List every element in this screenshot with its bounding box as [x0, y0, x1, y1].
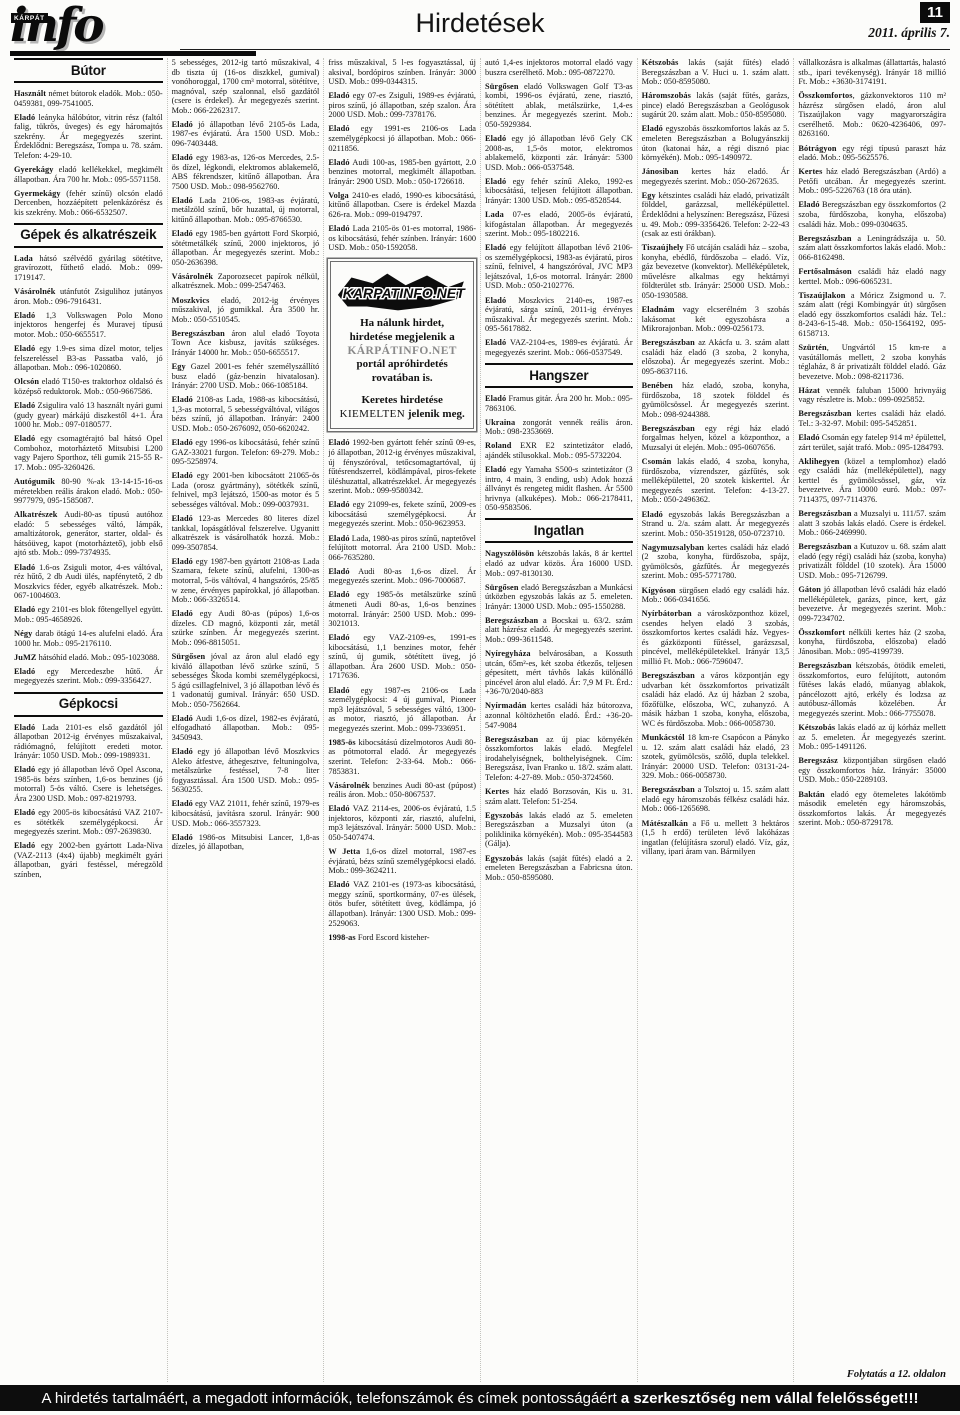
- logo-badge: KÁRPÁT: [11, 13, 48, 23]
- ad-lead-word: Gyermekágy: [14, 189, 61, 198]
- ad-lead-word: Szürtén: [798, 343, 826, 352]
- ad-body-text: Lada 2105-ös 01-es motorral, 1986-os kib…: [328, 224, 476, 252]
- ad-column-5: Kétszobás lakás (saját fűtés) eladó Bere…: [637, 58, 794, 1382]
- ad-lead-word: Roland: [485, 441, 511, 450]
- classified-ad: Kertes ház eladó Beregszászban (Ardó) a …: [798, 167, 946, 196]
- promo-emphasis-highlight: KIEMELTEN: [340, 408, 406, 420]
- classified-ad: friss műszakival, 5 l-es fogyasztással, …: [328, 58, 476, 87]
- classifieds-columns: BútorHasznált német bútorok eladók. Mob.…: [10, 58, 950, 1382]
- classified-ad: 5 sebességes, 2012-ig tartó műszakival, …: [172, 58, 320, 115]
- ad-lead-word: Eladó: [328, 590, 349, 599]
- ad-lead-word: Beregszászban: [798, 234, 851, 243]
- classified-ad: Kertes ház eladó Borzsován, Kis u. 31. s…: [485, 787, 633, 806]
- classified-ad: Eladó VAZ 2114-es, 2006-os évjáratú, 1.5…: [328, 804, 476, 842]
- ad-body-text: jó állapotban lévő családi ház eladó mel…: [798, 585, 946, 623]
- classified-ad: Beregszászban a Bocskai u. 63/2. szám al…: [485, 616, 633, 645]
- ad-body-text: 2108-as Lada, 1988-as kibocsátású, 1,3-a…: [172, 395, 320, 433]
- ad-body-text: egy 1985-ös metálszürke színű átmeneti A…: [328, 590, 476, 628]
- ad-lead-word: Eladó: [642, 124, 663, 133]
- ad-body-text: Lada 2106-os, 1983-as évjáratú, metálzöl…: [172, 196, 320, 224]
- classified-ad: Eladó egy 2002-ben gyártott Lada-Niva (V…: [14, 841, 163, 879]
- ad-lead-word: Beregszászban: [642, 785, 695, 794]
- ad-body-text: egy 1996-os kibocsátású, fehér színű GAZ…: [172, 438, 320, 466]
- ad-body-text: 07-es eladó, 2005-ös évjáratú, kifogásta…: [485, 210, 633, 238]
- classified-ad: Nagyszölösön kétszobás lakás, 8 ár kertt…: [485, 549, 633, 578]
- classified-ad: Eladó egy 2001-ben kibocsátott 21065-ös …: [172, 471, 320, 509]
- ad-body-text: egy felújított állapotban lévő 2106-os s…: [485, 243, 633, 290]
- classified-ad: Eladó egy Audi 80-as (púpos) 1,6-os díze…: [172, 609, 320, 647]
- ad-body-text: egy 1.9-es sima dízel motor, teljes fels…: [14, 344, 163, 372]
- ad-body-text: egyszobás lakás Beregszászban a Strand u…: [642, 510, 790, 538]
- classified-ad: Fertősalmáson családi ház eladó nagy ker…: [798, 267, 946, 286]
- page-title: Hirdetések: [10, 8, 950, 39]
- ad-body-text: jó állapotban lévő 2105-ös Lada, 1987-es…: [172, 120, 320, 148]
- ad-lead-word: W Jetta: [328, 847, 360, 856]
- classified-ad: Beregszászban az új piac környékén összk…: [485, 735, 633, 783]
- classified-ad: Alkatrészek Audi-80-as típusú autóhoz el…: [14, 510, 163, 558]
- ad-lead-word: 1985-ös: [328, 738, 355, 747]
- classified-ad: Mátészalkán a Fő u. mellett 3 hektáros (…: [642, 819, 790, 857]
- ad-lead-word: Eladó: [172, 120, 193, 129]
- classified-ad: Eladó 123-as Mercedes 80 literes dízel t…: [172, 514, 320, 552]
- ad-column-4: autó 1,4-es injektoros motorral eladó va…: [480, 58, 637, 1382]
- classified-ad: Nyírbátorban a városközponthoz közel, cs…: [642, 609, 790, 666]
- ad-lead-word: Eladó: [14, 723, 35, 732]
- classified-ad: 1998-as Ford Escord kisteher-: [328, 933, 476, 943]
- ad-body-text: Audi 80-as 1,6-os dízel. Ár megegyezés s…: [328, 567, 476, 586]
- classified-ad: Eladó Audi 80-as 1,6-os dízel. Ár megegy…: [328, 567, 476, 586]
- classified-ad: Benében ház eladó, szoba, konyha, fürdős…: [642, 381, 790, 419]
- ad-body-text: egy 2101-es blok főtengellyel együtt. Mo…: [14, 605, 163, 624]
- ad-body-text: egy 21099-es, fekete színű, 2009-es kibo…: [328, 500, 476, 528]
- classified-ad: Eladó egy felújított állapotban lévő 210…: [485, 243, 633, 291]
- promo-text-line: hirdetése megjelenik a: [334, 331, 470, 345]
- ad-lead-word: Eladó: [328, 500, 349, 509]
- classified-ad: Baktán eladó egy ötemeletes lakótömb más…: [798, 790, 946, 828]
- ad-body-text: egy 1983-as, 126-os Mercedes, 2.5-ös díz…: [172, 153, 320, 191]
- ad-body-text: egy jó állapotban lévő Moszkvics Aleko á…: [172, 747, 320, 794]
- classified-ad: Beregszászban egy régi ház eladó forgalm…: [642, 424, 790, 453]
- ad-lead-word: Egy: [642, 191, 656, 200]
- ad-body-text: egy 2001-ben kibocsátott 21065-ös Lada (…: [172, 471, 320, 509]
- ad-lead-word: Sürgősen: [485, 82, 519, 91]
- promo-text-line: portál apróhirdetés: [334, 358, 470, 372]
- ad-body-text: VAZ 2101-es (1973-as kibocsátású, meggy …: [328, 880, 476, 927]
- ad-lead-word: Eladó: [328, 567, 349, 576]
- classified-ad: Gáton jó állapotban lévő családi ház ela…: [798, 585, 946, 623]
- ad-body-text: egy 1987-es 2106-os Lada személygépkocsi…: [328, 686, 476, 733]
- classified-ad: Nyíregyháza belvárosában, a Kossuth utcá…: [485, 649, 633, 697]
- ad-lead-word: Eladó: [14, 113, 35, 122]
- classified-ad: Eladó egy 1991-es 2106-os Lada személygé…: [328, 124, 476, 153]
- ad-lead-word: Lada: [14, 254, 33, 263]
- ad-lead-word: Eladó: [14, 808, 35, 817]
- classified-ad: Négy darab ötágú 14-es alufelni eladó. Á…: [14, 629, 163, 648]
- classified-ad: Jánosiban kertes ház eladó. Ár megegyezé…: [642, 167, 790, 186]
- ad-lead-word: Benében: [642, 381, 673, 390]
- classified-ad: Eladó egy 2005-ös kibocsátású VAZ 2107-e…: [14, 808, 163, 837]
- disclaimer-text-bold: a szerkesztőség nem vállal felelősséget!…: [621, 1390, 919, 1407]
- classified-ad: Beregszászban az Akácfa u. 3. szám alatt…: [642, 338, 790, 376]
- classified-ad: Eladó egy 1996-os kibocsátású, fehér szí…: [172, 438, 320, 467]
- karpatinfo-logo-text: KARPATINFO.NET: [343, 285, 466, 301]
- ad-body-text: Audi 100-as, 1985-ben gyártott, 2.0 benz…: [328, 158, 476, 186]
- ad-lead-word: Eladó: [328, 158, 349, 167]
- ad-lead-word: Egyszobás: [485, 854, 523, 863]
- ad-body-text: egy Audi 80-as (púpos) 1,6-os dízeles. C…: [172, 609, 320, 647]
- ad-body-text: egy 1987-ben gyártott 2108-as Lada Szama…: [172, 557, 320, 604]
- ad-body-text: Lada 2101-es első gazdától jól állapotba…: [14, 723, 163, 761]
- ad-body-text: 2410-es eladó, 1990-es kibocsátású, kitű…: [328, 191, 476, 219]
- ad-lead-word: Eladó: [172, 609, 193, 618]
- classified-ad: Szürtén, Ungvártól 15 km-re a vasútállom…: [798, 343, 946, 381]
- classified-ad: Eladó Lada, 1980-as piros színű, naptető…: [328, 534, 476, 563]
- ad-body-text: hátsó szélvédő gyárilag sötétítve, graví…: [14, 254, 163, 282]
- ad-lead-word: Eladó: [14, 401, 35, 410]
- disclaimer-text: A hirdetés tartalmáért, a megadott infor…: [42, 1390, 617, 1407]
- ad-lead-word: Nagymuzsalyban: [642, 543, 704, 552]
- promo-emphasis-line: Keretes hirdetése KIEMELTEN jelenik meg.: [334, 394, 470, 421]
- ad-lead-word: Nyírmadán: [485, 701, 526, 710]
- classified-ad: Beregszászban a Leningrádszája u. 50. sz…: [798, 234, 946, 263]
- ad-lead-word: Alkatrészek: [14, 510, 58, 519]
- ad-lead-word: Beregszászban: [172, 329, 225, 338]
- ad-lead-word: Eladó: [172, 395, 193, 404]
- classified-ad: Használt német bútorok eladók. Mob.: 050…: [14, 89, 163, 108]
- classified-ad: Egy kétszintes családi ház eladó, privat…: [642, 191, 790, 239]
- ad-lead-word: Kertes: [798, 167, 822, 176]
- ad-lead-word: Eladó: [328, 880, 349, 889]
- classified-ad: Eladó Lada 2101-es első gazdától jól áll…: [14, 723, 163, 761]
- ad-lead-word: Eladó: [485, 394, 506, 403]
- ad-lead-word: Eladó: [485, 338, 506, 347]
- classified-ad: Nagymuzsalyban kertes családi ház eladó …: [642, 543, 790, 581]
- ad-lead-word: Sürgősen: [172, 652, 206, 661]
- classified-ad: Beregszász központjában sürgősen eladó e…: [798, 756, 946, 785]
- classified-ad: Eladó egy 1985-ös metálszürke színű átme…: [328, 590, 476, 628]
- classified-ad: Egyszobás lakás (saját fűtés) eladó a 2.…: [485, 854, 633, 883]
- ad-lead-word: Eladó: [485, 296, 506, 305]
- ad-lead-word: Vásárolnék: [14, 287, 55, 296]
- ad-lead-word: Eladó: [328, 91, 349, 100]
- classified-ad: Háromszobás lakás (saját fűtés, garázs, …: [642, 91, 790, 120]
- ad-body-text: Framus gitár. Ára 200 hr. Mob.: 095-7863…: [485, 394, 633, 413]
- classified-ad: Volga 2410-es eladó, 1990-es kibocsátású…: [328, 191, 476, 220]
- classified-ad: Tiszaújlakon a Móricz Zsigmond u. 7. szá…: [798, 291, 946, 339]
- classified-ad: Aklihegyen (közel a templomhoz) eladó eg…: [798, 457, 946, 505]
- issue-date: 2011. április 7.: [868, 25, 950, 41]
- ad-lead-word: Gyerekágy: [14, 165, 53, 174]
- ad-lead-word: Autógumik: [14, 477, 55, 486]
- classified-ad: Eladó Audi 1,6-os dízel, 1982-es évjárat…: [172, 714, 320, 743]
- classified-ad: Eladó Moszkvics 2140-es, 1987-es évjárat…: [485, 296, 633, 334]
- ad-lead-word: Beregszászban: [798, 542, 851, 551]
- ad-lead-word: Eladó: [172, 799, 193, 808]
- ad-body-text: Moszkvics 2140-es, 1987-es évjáratú, sár…: [485, 296, 633, 334]
- ad-body-text: VAZ 2114-es, 2006-os évjáratú, 1.5 injek…: [328, 804, 476, 842]
- ad-body-text: leányka hálóbútor, vitrin rész (faltól f…: [14, 113, 163, 160]
- classified-ad: Eladó egy 1985-ben gyártott Ford Skorpió…: [172, 229, 320, 267]
- ad-lead-word: Beregszász: [798, 756, 838, 765]
- classified-ad: Sürgősen eladó Volkswagen Golf T3-as kom…: [485, 82, 633, 130]
- ad-lead-word: Eladó: [328, 124, 349, 133]
- classified-ad: W Jetta 1,6-os dízel motorral, 1987-es é…: [328, 847, 476, 876]
- ad-body-text: VAZ-2104-es, 1989-es évjáratú. Ár megegy…: [485, 338, 633, 357]
- ad-lead-word: Eladó: [14, 344, 35, 353]
- ad-lead-word: Összkomfortos: [798, 91, 852, 100]
- ad-lead-word: JuMZ: [14, 653, 37, 662]
- ad-lead-word: Négy: [14, 629, 32, 638]
- classified-ad: Eladó egy 1987-ben gyártott 2108-as Lada…: [172, 557, 320, 605]
- ad-body-text: egy csomagtérajtó bal hátsó Opel Comboho…: [14, 434, 163, 472]
- ad-lead-word: Eladó: [14, 311, 35, 320]
- ad-lead-word: Baktán: [798, 790, 824, 799]
- ad-body-text: egy Yamaha S500-s szintetizátor (3 intro…: [485, 465, 633, 512]
- ad-lead-word: Eladó: [798, 200, 819, 209]
- classified-ad: Eladó egy VAZ-2109-es, 1991-es kibocsátá…: [328, 633, 476, 681]
- ad-lead-word: Nyírbátorban: [642, 609, 692, 618]
- ad-body-text: egy jó állapotban lévő Gely CK 2008-as, …: [485, 134, 633, 172]
- ad-lead-word: Tiszaújlakon: [798, 291, 845, 300]
- ad-lead-word: Eladó: [14, 667, 35, 676]
- header-rule: [180, 49, 950, 50]
- classified-ad: Eladó egy 1987-es 2106-os Lada személygé…: [328, 686, 476, 734]
- ad-body-text: egy Mercedeszbe hűtő. Ár megegyezés szer…: [14, 667, 163, 686]
- classified-ad: Kétszobás lakás (saját fűtés) eladó Bere…: [642, 58, 790, 87]
- ad-lead-word: Eladó: [485, 177, 506, 186]
- classified-ad: Eladó Beregszászban egy összkomfortos (2…: [798, 200, 946, 229]
- classified-ad: Eladó egy Mercedeszbe hűtő. Ár megegyezé…: [14, 667, 163, 686]
- classified-ad: Lada 07-es eladó, 2005-ös évjáratú, kifo…: [485, 210, 633, 239]
- ad-lead-word: Eladó: [14, 605, 35, 614]
- section-header: Hangszer: [485, 363, 633, 388]
- classified-ad: Eladó egy jó állapotban lévő Moszkvics A…: [172, 747, 320, 795]
- classified-ad: Beregszászban a város központján egy udv…: [642, 671, 790, 728]
- classified-ad: Vásárolnék Zaporozsecet papírok nélkül, …: [172, 272, 320, 291]
- ad-lead-word: Eladó: [172, 514, 193, 523]
- ad-lead-word: Eladó: [642, 510, 663, 519]
- classified-ad: Gyerekágy eladó kellékekkel, megkimélt á…: [14, 165, 163, 184]
- ad-column-3: friss műszakival, 5 l-es fogyasztással, …: [323, 58, 480, 1382]
- classified-ad: Eladnám vagy elcserélném 3 szobás lakáso…: [642, 305, 790, 334]
- ad-lead-word: Eladó: [172, 153, 193, 162]
- ad-lead-word: Volga: [328, 191, 348, 200]
- classified-ad: Eladó VAZ 2101-es (1973-as kibocsátású, …: [328, 880, 476, 928]
- ad-lead-word: Beregszászban: [485, 735, 538, 744]
- classified-ad: Eladó egy 1.9-es sima dízel motor, telje…: [14, 344, 163, 373]
- continuation-note: Folytatás a 12. oldalon: [798, 1363, 946, 1382]
- ad-lead-word: Vásárolnék: [328, 781, 369, 790]
- karpatinfo-logo-icon: KARPATINFO.NET: [334, 267, 470, 317]
- classified-ad: Lada hátsó szélvédő gyárilag sötétítve, …: [14, 254, 163, 283]
- section-header: Ingatlan: [485, 518, 633, 543]
- ad-lead-word: Eladó: [14, 765, 35, 774]
- ad-body-text: egy 07-es Zsiguli, 1989-es évjáratú, pir…: [328, 91, 476, 119]
- ad-lead-word: Olcsón: [14, 377, 39, 386]
- classified-ad: Ukraina zongorát vennék reális áron. Mob…: [485, 418, 633, 437]
- ad-body-text: Lada, 1980-as piros színű, naptetővel fe…: [328, 534, 476, 562]
- ad-lead-word: Eladó: [172, 471, 193, 480]
- classified-ad: Eladó Csomán egy fatelep 914 m² épülette…: [798, 433, 946, 452]
- classified-ad: Eladó egy csomagtérajtó bal hátsó Opel C…: [14, 434, 163, 472]
- classified-ad: Eladó egy 1983-as, 126-os Mercedes, 2.5-…: [172, 153, 320, 191]
- ad-lead-word: Kígyóson: [642, 586, 676, 595]
- ad-lead-word: Egyszobás: [485, 811, 523, 820]
- ad-lead-word: Eladó: [328, 804, 349, 813]
- classified-ad: Eladó Lada 2105-ös 01-es motorral, 1986-…: [328, 224, 476, 253]
- ad-lead-word: Eladó: [328, 438, 349, 447]
- ad-body-text: 1986-os Mitsubisi Lancer, 1,8-as dízeles…: [172, 833, 320, 852]
- ad-lead-word: Eladó: [172, 833, 193, 842]
- classified-ad: Összkomfortos, gázkonvektoros 110 m² ház…: [798, 91, 946, 139]
- ad-lead-word: Eladó: [172, 438, 193, 447]
- classified-ad: Eladó Zsigulira való 13 használt nyári g…: [14, 401, 163, 430]
- classified-ad: Tiszaújhely Fő utcáján családi ház – szo…: [642, 243, 790, 300]
- ad-lead-word: Mátészalkán: [642, 819, 688, 828]
- classified-ad: autó 1,4-es injektoros motorral eladó va…: [485, 58, 633, 77]
- classified-ad: Autógumik 80-90 %-ak 13-14-15-16-os mére…: [14, 477, 163, 506]
- promo-text-line: rovatában is.: [334, 372, 470, 386]
- ad-lead-word: Beregszászban: [642, 424, 695, 433]
- ad-body-text: 1,3 Volkswagen Polo Mono injektoros heng…: [14, 311, 163, 339]
- ad-lead-word: Beregszászban: [798, 661, 851, 670]
- classified-ad: Eladó egy VAZ 21011, fehér színű, 1979-e…: [172, 799, 320, 828]
- ad-lead-word: Kétszobás: [798, 723, 835, 732]
- classified-ad: Kétszobás lakás eladó az új kórház melle…: [798, 723, 946, 752]
- classified-ad: Eladó egyszobás lakás Beregszászban a St…: [642, 510, 790, 539]
- classified-ad: Gyermekágy (fehér színű) olcsón eladó De…: [14, 189, 163, 218]
- ad-lead-word: Eladó: [14, 563, 35, 572]
- classified-ad: Eladó egy 2101-es blok főtengellyel együ…: [14, 605, 163, 624]
- ad-lead-word: Eladó: [485, 465, 506, 474]
- ad-lead-word: Bótrágyon: [798, 144, 836, 153]
- classified-ad: Összkomfort nélküli kertes ház (2 szoba,…: [798, 628, 946, 657]
- classified-ad: Eladó 1986-os Mitsubisi Lancer, 1,8-as d…: [172, 833, 320, 852]
- ad-body-text: darab ötágú 14-es alufelni eladó. Ára 10…: [14, 629, 163, 648]
- section-header: Gépkocsi: [14, 692, 163, 717]
- classified-ad: Eladó 1992-ben gyártott fehér színű 09-e…: [328, 438, 476, 495]
- ad-body-text: egy 2002-ben gyártott Lada-Niva (VAZ-211…: [14, 841, 163, 879]
- classified-ad: Beregszászban a Tolsztoj u. 15. szám ala…: [642, 785, 790, 814]
- ad-body-text: 5 sebességes, 2012-ig tartó műszakival, …: [172, 58, 320, 115]
- classified-ad: Beregszászban kétszobás, ötödik emeleti,…: [798, 661, 946, 718]
- logo-rule: [10, 51, 256, 56]
- ad-lead-word: Jánosiban: [642, 167, 679, 176]
- classified-ad: Egy Gazel 2001-es fehér személyszállító …: [172, 362, 320, 391]
- page-corner: 11 2011. április 7.: [868, 2, 950, 41]
- ad-lead-word: Eladó: [14, 841, 35, 850]
- ad-body-text: egy 1985-ben gyártott Ford Skorpió, söté…: [172, 229, 320, 267]
- classified-ad: Beregszászban a Kutuzov u. 68. szám alat…: [798, 542, 946, 580]
- classified-ad: Eladó Lada 2106-os, 1983-as évjáratú, me…: [172, 196, 320, 225]
- ad-lead-word: Eladó: [172, 196, 193, 205]
- classified-ad: Eladó egy fehér színű Aleko, 1992-es kib…: [485, 177, 633, 206]
- ad-body-text: Gazel 2001-es fehér személyszállító busz…: [172, 362, 320, 390]
- ad-body-text: kétszintes családi ház eladó, privatizál…: [642, 191, 790, 238]
- classified-ad: Vásárolnék benzines Audi 80-ast (púpost)…: [328, 781, 476, 800]
- classified-ad: Bótrágyon egy régi típusú paraszt ház el…: [798, 144, 946, 163]
- ad-body-text: Zsigulira való 13 használt nyári gumi (g…: [14, 401, 163, 429]
- classified-ad: Beregszászban kertes családi ház eladó. …: [798, 409, 946, 428]
- classified-ad: Csomán lakás eladó, 4 szoba, konyha, für…: [642, 457, 790, 505]
- ad-lead-word: Kertes: [485, 787, 509, 796]
- ad-body-text: 1992-ben gyártott fehér színű 09-es, jó …: [328, 438, 476, 495]
- classified-ad: Nyírmadán kertes családi ház bútorozva, …: [485, 701, 633, 730]
- classified-ad: Eladó jó állapotban lévő 2105-ös Lada, 1…: [172, 120, 320, 149]
- classified-ad: Kígyóson sürgősen eladó egy családi ház.…: [642, 586, 790, 605]
- classified-ad: Eladó 1,3 Volkswagen Polo Mono injektoro…: [14, 311, 163, 340]
- ad-body-text: Ford Escord kisteher-: [356, 933, 430, 942]
- classified-ad: Eladó Framus gitár. Ára 200 hr. Mob.: 09…: [485, 394, 633, 413]
- ad-lead-word: Egy: [172, 362, 186, 371]
- ad-body-text: friss műszakival, 5 l-es fogyasztással, …: [328, 58, 476, 86]
- ad-lead-word: Eladó: [172, 557, 193, 566]
- promo-emphasis-pre: Keretes hirdetése: [361, 394, 442, 406]
- ad-lead-word: Eladó: [172, 229, 193, 238]
- classified-ad: Sürgősen jóval az áron alul eladó egy ki…: [172, 652, 320, 709]
- ad-body-text: Audi 1,6-os dízel, 1982-es évjáratú, elf…: [172, 714, 320, 742]
- classified-ad: Munkácstól 18 km-re Csapócon a Pányko u.…: [642, 733, 790, 781]
- classified-ad: Eladó egy Yamaha S500-s szintetizátor (3…: [485, 465, 633, 513]
- classified-ad: Eladó VAZ-2104-es, 1989-es évjáratú. Ár …: [485, 338, 633, 357]
- ad-body-text: vállalkozásra is alkalmas (állattartás, …: [798, 58, 946, 86]
- ad-body-text: Csomán egy fatelep 914 m² épülettel, zár…: [798, 433, 946, 452]
- ad-body-text: egy jó állapotban lévő Opel Ascona, 1985…: [14, 765, 163, 803]
- classified-ad: Eladó 1.6-os Zsiguli motor, 4-es váltóva…: [14, 563, 163, 601]
- ad-body-text: egy VAZ 21011, fehér színű, 1979-es kibo…: [172, 799, 320, 827]
- ad-lead-word: Eladó: [172, 714, 193, 723]
- ad-body-text: 1.6-os Zsiguli motor, 4-es váltóval, réz…: [14, 563, 163, 601]
- ad-lead-word: Háromszobás: [642, 91, 691, 100]
- ad-lead-word: Beregszászban: [485, 616, 538, 625]
- disclaimer-bar: A hirdetés tartalmáért, a megadott infor…: [0, 1385, 960, 1411]
- classified-ad: Házat vennék faluban 15000 hrivnyáig vag…: [798, 386, 946, 405]
- classified-ad: Moszkvics eladó, 2012-ig érvényes műszak…: [172, 296, 320, 325]
- ad-body-text: egy 1991-es 2106-os Lada személygépkocsi…: [328, 124, 476, 152]
- classified-ad: Vásárolnék utánfutót Zsigulihoz jutányos…: [14, 287, 163, 306]
- ad-lead-word: Eladó: [798, 433, 819, 442]
- classified-ad: Eladó egyszobás összkomfortos lakás az 5…: [642, 124, 790, 162]
- classified-ad: Sürgősen eladó Beregszászban a Munkácsi …: [485, 583, 633, 612]
- classified-ad: Eladó egy jó állapotban lévő Gely CK 200…: [485, 134, 633, 172]
- classified-ad: 1985-ös kibocsátású dízelmotoros Audi 80…: [328, 738, 476, 776]
- classified-ad: Beregszászban áron alul eladó Toyota Tow…: [172, 329, 320, 358]
- ad-lead-word: Eladó: [485, 243, 506, 252]
- ad-lead-word: Beregszászban: [798, 509, 851, 518]
- classified-ad: Olcsón eladó T150-es traktorhoz oldalsó …: [14, 377, 163, 396]
- ad-lead-word: Sürgősen: [485, 583, 519, 592]
- ad-lead-word: Eladó: [328, 224, 349, 233]
- ad-lead-word: Beregszászban: [642, 338, 695, 347]
- ad-lead-word: Csomán: [642, 457, 672, 466]
- ad-lead-word: Eladó: [328, 686, 349, 695]
- ad-lead-word: Házat: [798, 386, 820, 395]
- ad-lead-word: Beregszászban: [798, 409, 851, 418]
- ad-column-6: vállalkozásra is alkalmas (állattartás, …: [793, 58, 950, 1382]
- ad-body-text: egy 2005-ös kibocsátású VAZ 2107-es söté…: [14, 808, 163, 836]
- ad-column-2: 5 sebességes, 2012-ig tartó műszakival, …: [167, 58, 324, 1382]
- classified-ad: Eladó Audi 100-as, 1985-ben gyártott, 2.…: [328, 158, 476, 187]
- ad-lead-word: Eladó: [172, 747, 193, 756]
- ad-body-text: hátsóhíd eladó. Mob.: 095-1023088.: [37, 653, 160, 662]
- classified-ad: Beregszászban a Muzsalyi u. 111/57. szám…: [798, 509, 946, 538]
- ad-column-1: BútorHasznált német bútorok eladók. Mob.…: [10, 58, 167, 1382]
- ad-lead-word: Ukraina: [485, 418, 515, 427]
- classified-ad: Roland EXR E2 szintetizátor eladó, ajánd…: [485, 441, 633, 460]
- ad-lead-word: Összkomfort: [798, 628, 845, 637]
- ad-lead-word: Használt: [14, 89, 46, 98]
- promo-text-line: Ha nálunk hirdet,: [334, 317, 470, 331]
